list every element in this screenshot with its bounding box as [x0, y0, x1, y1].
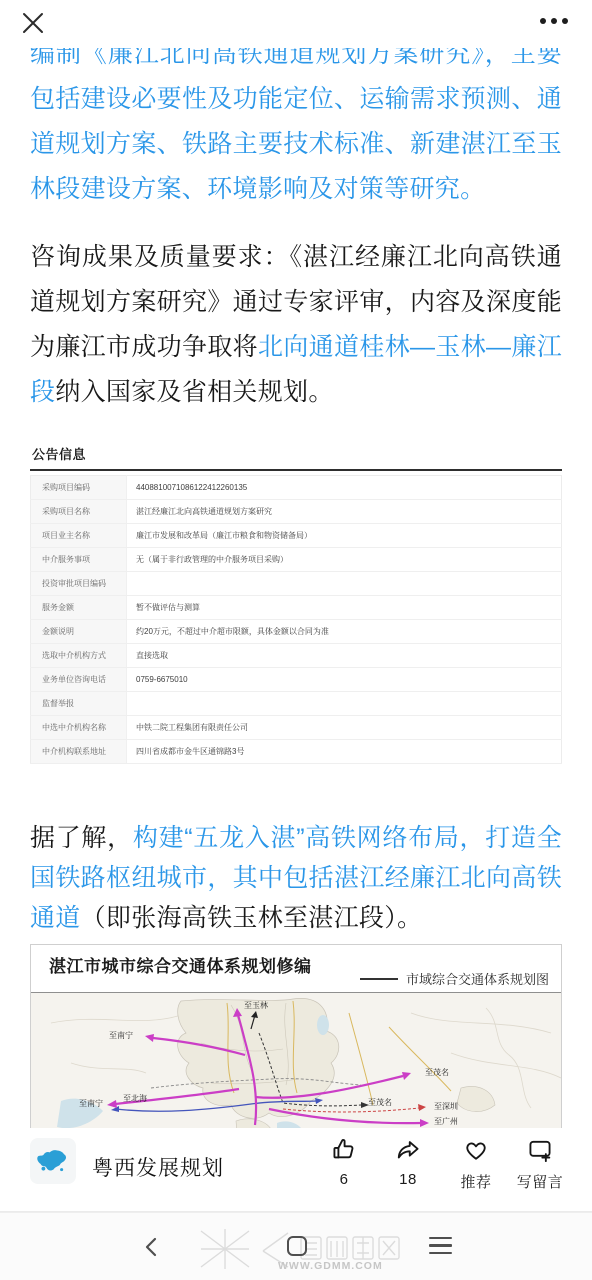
table-row: 采购项目名称湛江经廉江北向高铁通道规划方案研究 — [31, 500, 562, 524]
wechat-article-screen: 编制《廉江北向高铁通道规划方案研究》，主要包括建设必要性及功能定位、运输需求预测… — [0, 0, 592, 1280]
row-label: 中介服务事项 — [31, 548, 127, 572]
text-segment-black: 纳入国家及省相关规划。 — [55, 378, 333, 406]
table-row: 金额说明约20万元，不超过中介超市限额，具体金额以合同为准 — [31, 620, 562, 644]
recommend-label: 推荐 — [444, 1171, 508, 1192]
row-value: 直接选取 — [127, 644, 562, 668]
row-label: 中选中介机构名称 — [31, 716, 127, 740]
row-value — [127, 692, 562, 716]
map-direction-label: 至南宁 — [79, 1099, 103, 1109]
legend-label: 市域综合交通体系规划图 — [406, 969, 549, 988]
top-bar — [0, 0, 592, 48]
system-nav-bar: WWW.GDMM.COM — [0, 1212, 592, 1280]
thumbs-up-icon — [312, 1136, 376, 1164]
table-row: 业务单位咨询电话0759-6675010 — [31, 668, 562, 692]
row-value: 约20万元，不超过中介超市限额，具体金额以合同为准 — [127, 620, 562, 644]
map-graphic — [31, 993, 561, 1135]
row-value: 中铁二院工程集团有限责任公司 — [127, 716, 562, 740]
text-segment-black: 据了解， — [30, 824, 133, 852]
map-canvas: 至玉林至南宁至北海至南宁至茂名至茂名至深圳至广州 — [31, 993, 561, 1135]
map-direction-label: 至茂名 — [368, 1098, 392, 1108]
row-value: 0759-6675010 — [127, 668, 562, 692]
account-name[interactable]: 粤西发展规划 — [92, 1152, 224, 1182]
planning-map-figure[interactable]: 湛江市城市综合交通体系规划修编 市域综合交通体系规划图 — [30, 944, 562, 1136]
paragraph-background: 据了解，构建“五龙入湛”高铁网络布局，打造全国铁路枢纽城市，其中包括湛江经廉江北… — [30, 818, 562, 938]
map-direction-label: 至北海 — [123, 1094, 147, 1104]
map-direction-label: 至广州 — [434, 1117, 458, 1127]
like-button[interactable]: 6 — [312, 1136, 376, 1188]
account-avatar[interactable] — [30, 1138, 76, 1184]
share-count: 18 — [376, 1171, 440, 1188]
row-label: 金额说明 — [31, 620, 127, 644]
table-row: 项目业主名称廉江市发展和改革局（廉江市粮食和物资储备局） — [31, 524, 562, 548]
table-body: 采购项目编码4408810071086122412260135采购项目名称湛江经… — [31, 476, 562, 764]
watermark-url: WWW.GDMM.COM — [278, 1260, 383, 1272]
share-button[interactable]: 18 — [376, 1136, 440, 1188]
map-header: 湛江市城市综合交通体系规划修编 市域综合交通体系规划图 — [31, 945, 561, 993]
row-label: 投资审批项目编码 — [31, 572, 127, 596]
table-row: 选取中介机构方式直接选取 — [31, 644, 562, 668]
map-title: 湛江市城市综合交通体系规划修编 — [49, 952, 312, 977]
nav-home-icon[interactable] — [287, 1236, 307, 1256]
table-title: 公告信息 — [30, 438, 562, 471]
announcement-info-table: 公告信息 采购项目编码4408810071086122412260135采购项目… — [30, 438, 562, 764]
text-segment-black: （即张海高铁玉林至湛江段）。 — [81, 904, 423, 932]
footer-bar: 粤西发展规划 6 18 推荐 — [0, 1128, 592, 1212]
table-row: 监督举报 — [31, 692, 562, 716]
table-row: 投资审批项目编码 — [31, 572, 562, 596]
map-legend: 市域综合交通体系规划图 — [360, 969, 549, 988]
paragraph-scope: 编制《廉江北向高铁通道规划方案研究》，主要包括建设必要性及功能定位、运输需求预测… — [30, 32, 562, 212]
row-value — [127, 572, 562, 596]
like-count: 6 — [312, 1171, 376, 1188]
row-label: 采购项目名称 — [31, 500, 127, 524]
heart-icon — [444, 1136, 508, 1164]
row-label: 监督举报 — [31, 692, 127, 716]
row-label: 采购项目编码 — [31, 476, 127, 500]
close-icon[interactable] — [20, 10, 46, 36]
table-row: 服务金额暂不做评估与测算 — [31, 596, 562, 620]
map-direction-label: 至南宁 — [109, 1031, 133, 1041]
row-label: 业务单位咨询电话 — [31, 668, 127, 692]
row-label: 服务金额 — [31, 596, 127, 620]
nav-back-icon[interactable] — [140, 1235, 164, 1264]
comment-button[interactable]: 写留言 — [508, 1136, 572, 1192]
map-direction-label: 至茂名 — [425, 1068, 449, 1078]
nav-menu-icon[interactable] — [429, 1237, 452, 1254]
share-arrow-icon — [376, 1136, 440, 1164]
table-row: 中选中介机构名称中铁二院工程集团有限责任公司 — [31, 716, 562, 740]
row-label: 选取中介机构方式 — [31, 644, 127, 668]
recommend-button[interactable]: 推荐 — [444, 1136, 508, 1192]
paragraph-requirements: 咨询成果及质量要求：《湛江经廉江北向高铁通道规划方案研究》通过专家评审，内容及深… — [30, 235, 562, 415]
map-direction-label: 至玉林 — [244, 1001, 268, 1011]
row-label: 中介机构联系地址 — [31, 740, 127, 764]
row-label: 项目业主名称 — [31, 524, 127, 548]
row-value: 四川省成都市金牛区通锦路3号 — [127, 740, 562, 764]
table-row: 采购项目编码4408810071086122412260135 — [31, 476, 562, 500]
more-options-icon[interactable] — [540, 18, 568, 24]
text-segment-blue[interactable]: 编制《廉江北向高铁通道规划方案研究》，主要包括建设必要性及功能定位、运输需求预测… — [30, 40, 562, 203]
comment-plus-icon — [508, 1136, 572, 1164]
row-value: 无（属于非行政管理的中介服务项目采购） — [127, 548, 562, 572]
row-value: 廉江市发展和改革局（廉江市粮食和物资储备局） — [127, 524, 562, 548]
row-value: 暂不做评估与测算 — [127, 596, 562, 620]
row-value: 湛江经廉江北向高铁通道规划方案研究 — [127, 500, 562, 524]
table-row: 中介服务事项无（属于非行政管理的中介服务项目采购） — [31, 548, 562, 572]
map-direction-label: 至深圳 — [434, 1102, 458, 1112]
legend-line-sample — [360, 978, 398, 980]
row-value: 4408810071086122412260135 — [127, 476, 562, 500]
comment-label: 写留言 — [508, 1171, 572, 1192]
article-body: 编制《廉江北向高铁通道规划方案研究》，主要包括建设必要性及功能定位、运输需求预测… — [30, 0, 562, 1136]
table-row: 中介机构联系地址四川省成都市金牛区通锦路3号 — [31, 740, 562, 764]
